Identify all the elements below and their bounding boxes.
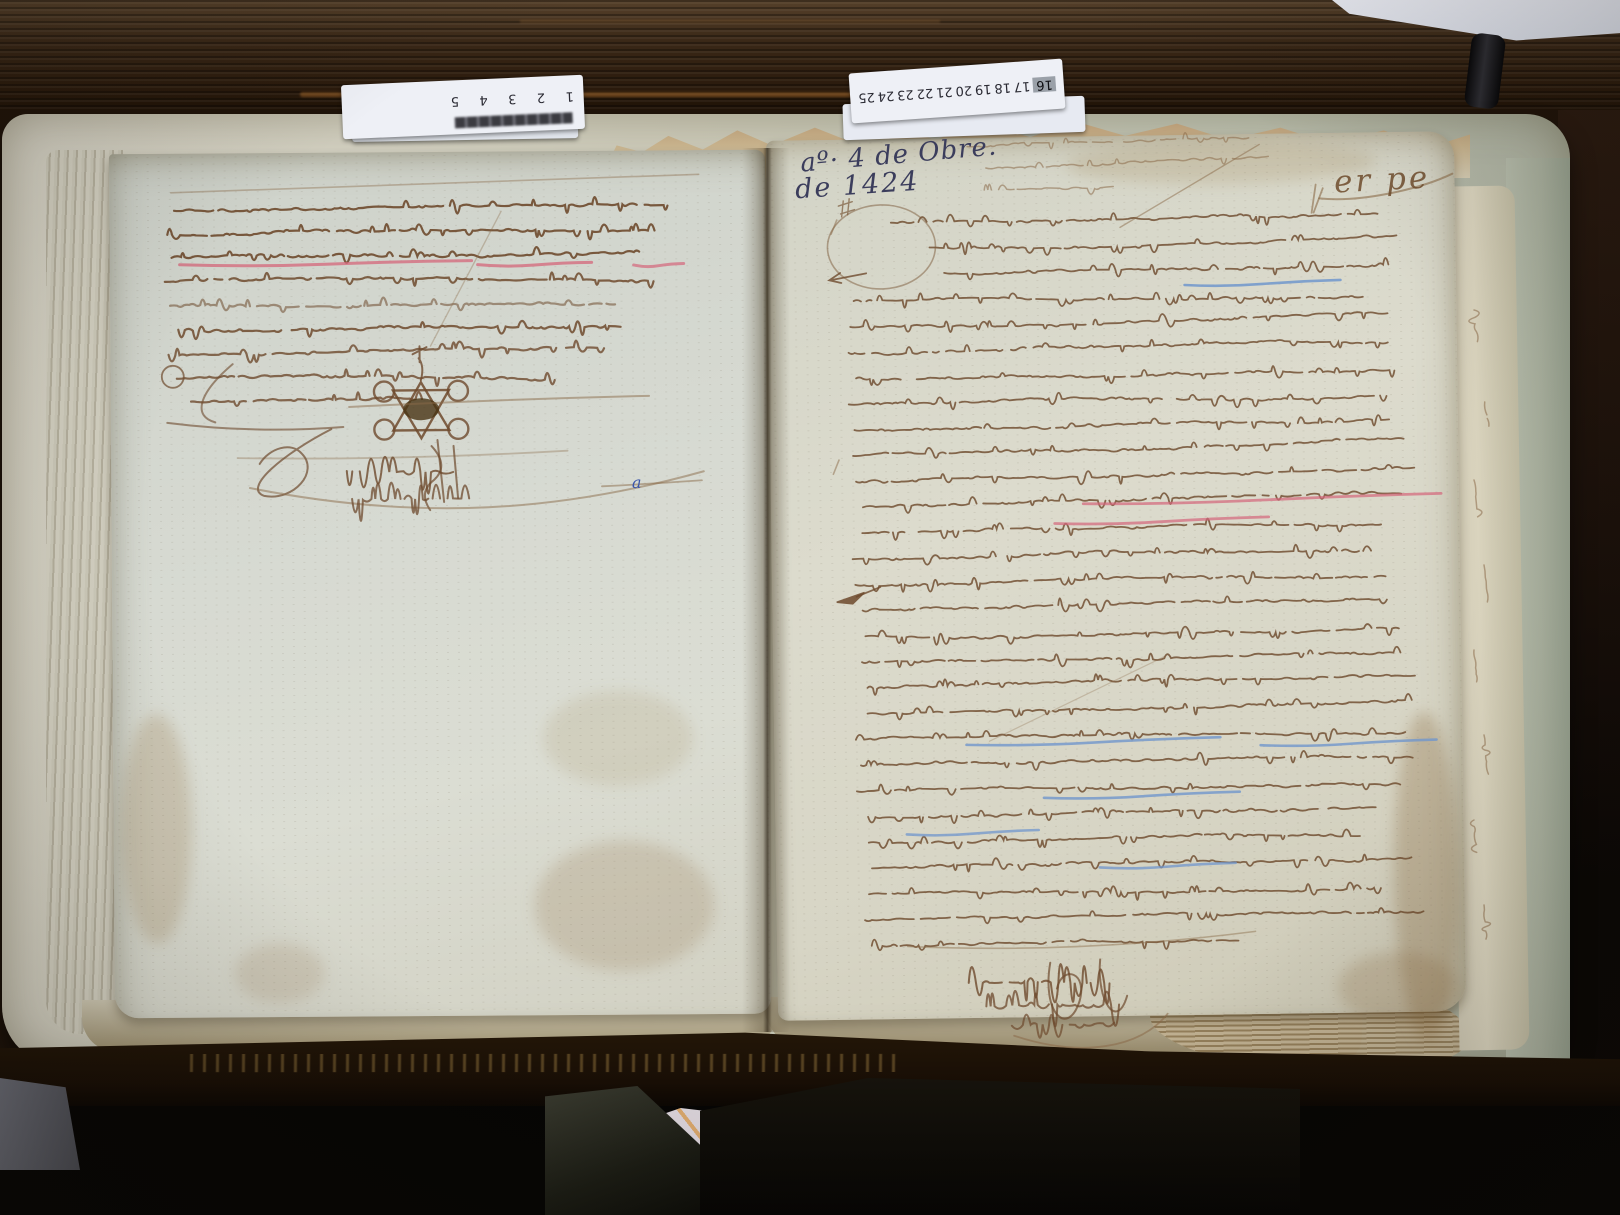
page-stain	[534, 840, 715, 971]
corner-ink-mark: er pe	[1333, 160, 1431, 201]
page-stain	[543, 690, 694, 786]
top-ruler-numbers: 16171819202122232425	[857, 63, 1057, 119]
photo-of-manuscript: a 16171819202122232425 12345 aº· 4 de Ob…	[0, 0, 1620, 1215]
left-page	[109, 150, 771, 1019]
page-stain	[235, 943, 325, 1004]
page-gutter	[742, 148, 790, 1032]
right-page	[766, 131, 1466, 1021]
page-stain	[1066, 140, 1377, 186]
wood-grain-streak	[520, 20, 940, 23]
page-stain	[1392, 711, 1461, 1042]
left-ruler-strip: 12345	[341, 75, 585, 140]
page-stain	[121, 714, 193, 944]
photographer-leg-right	[700, 1078, 1300, 1215]
